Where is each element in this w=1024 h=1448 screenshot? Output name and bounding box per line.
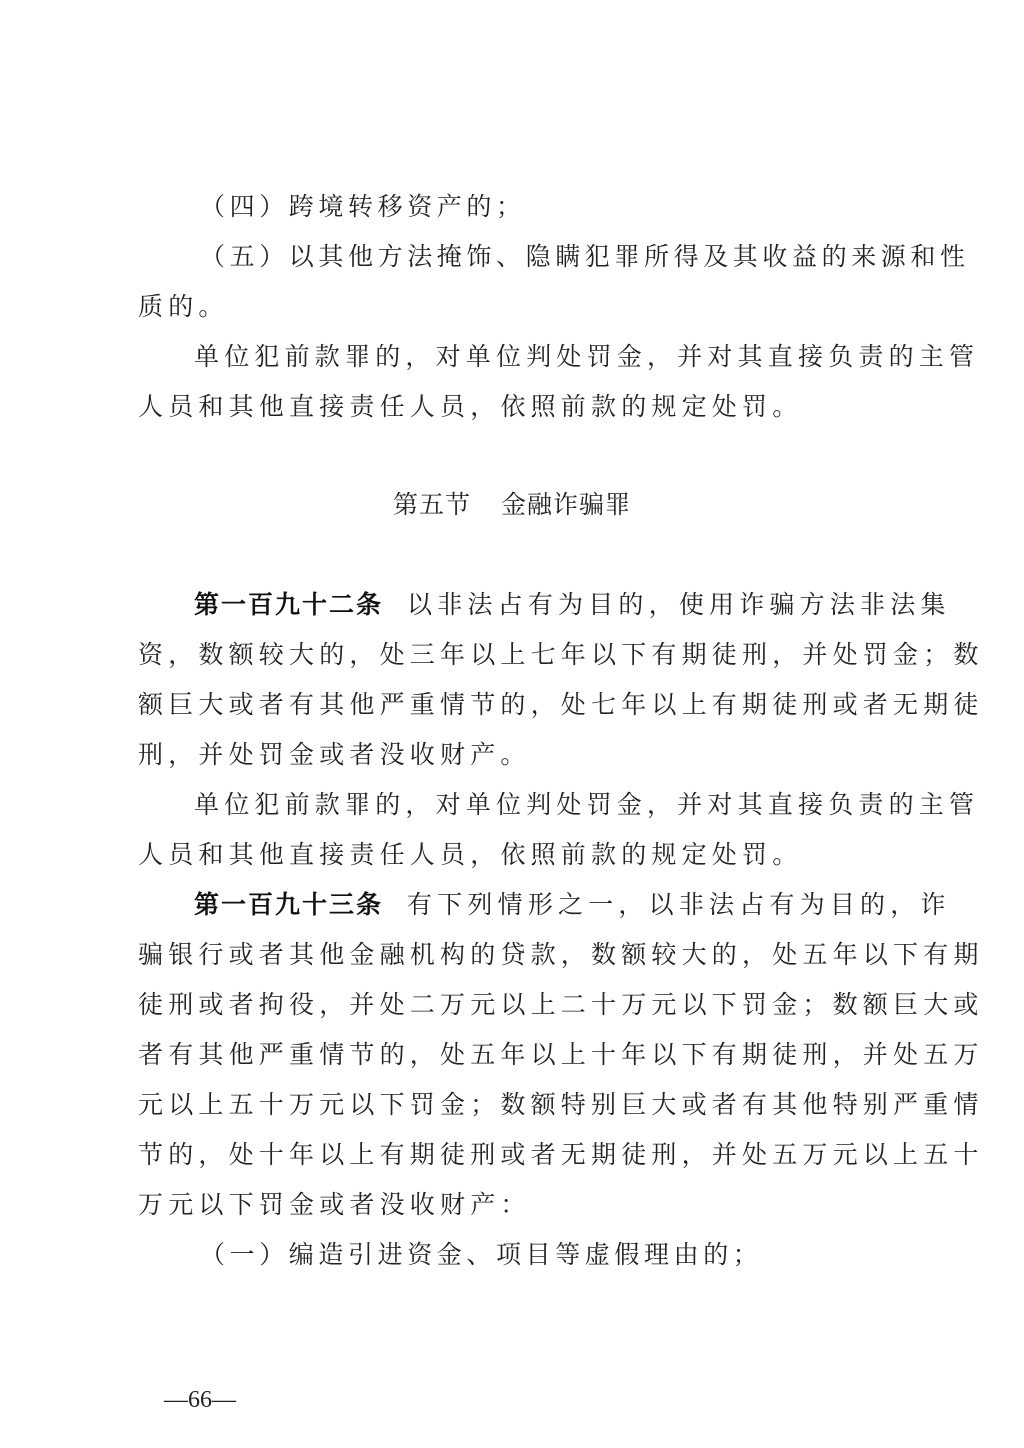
article-193-line-2: 骗银行或者其他金融机构的贷款，数额较大的，处五年以下有期 bbox=[138, 938, 896, 972]
article-192-title: 第一百九十二条 bbox=[194, 590, 383, 619]
list-item-5-continued: 质的。 bbox=[138, 290, 896, 324]
section-number: 第五节 bbox=[393, 490, 471, 519]
article-192-text: 以非法占有为目的，使用诈骗方法非法集 bbox=[407, 590, 951, 619]
page-number: —66— bbox=[164, 1385, 236, 1415]
document-page: （四）跨境转移资产的； （五）以其他方法掩饰、隐瞒犯罪所得及其收益的来源和性 质… bbox=[0, 0, 1024, 1448]
article-193-line-5: 元以上五十万元以下罚金；数额特别巨大或者有其他特别严重情 bbox=[138, 1088, 896, 1122]
list-item-5: （五）以其他方法掩饰、隐瞒犯罪所得及其收益的来源和性 bbox=[200, 240, 896, 274]
article-193-line-7: 万元以下罚金或者没收财产： bbox=[138, 1188, 896, 1222]
article-192-line-3: 额巨大或者有其他严重情节的，处七年以上有期徒刑或者无期徒 bbox=[138, 688, 896, 722]
article-193-paragraph: 第一百九十三条有下列情形之一，以非法占有为目的，诈 bbox=[194, 888, 896, 922]
section-heading: 第五节金融诈骗罪 bbox=[0, 488, 1024, 522]
article-192-unit-paragraph-continued: 人员和其他直接责任人员，依照前款的规定处罚。 bbox=[138, 838, 896, 872]
section-title: 金融诈骗罪 bbox=[501, 490, 631, 519]
article-193-list-item-1: （一）编造引进资金、项目等虚假理由的； bbox=[200, 1238, 896, 1272]
unit-crime-paragraph-continued: 人员和其他直接责任人员，依照前款的规定处罚。 bbox=[138, 390, 896, 424]
article-193-title: 第一百九十三条 bbox=[194, 890, 383, 919]
article-193-line-6: 节的，处十年以上有期徒刑或者无期徒刑，并处五万元以上五十 bbox=[138, 1138, 896, 1172]
article-192-line-2: 资，数额较大的，处三年以上七年以下有期徒刑，并处罚金；数 bbox=[138, 638, 896, 672]
list-item-4: （四）跨境转移资产的； bbox=[200, 190, 896, 224]
article-192-paragraph: 第一百九十二条以非法占有为目的，使用诈骗方法非法集 bbox=[194, 588, 896, 622]
article-193-line-3: 徒刑或者拘役，并处二万元以上二十万元以下罚金；数额巨大或 bbox=[138, 988, 896, 1022]
article-192-line-4: 刑，并处罚金或者没收财产。 bbox=[138, 738, 896, 772]
article-193-text: 有下列情形之一，以非法占有为目的，诈 bbox=[407, 890, 951, 919]
article-193-line-4: 者有其他严重情节的，处五年以上十年以下有期徒刑，并处五万 bbox=[138, 1038, 896, 1072]
article-192-unit-paragraph: 单位犯前款罪的，对单位判处罚金，并对其直接负责的主管 bbox=[194, 788, 896, 822]
unit-crime-paragraph: 单位犯前款罪的，对单位判处罚金，并对其直接负责的主管 bbox=[194, 340, 896, 374]
